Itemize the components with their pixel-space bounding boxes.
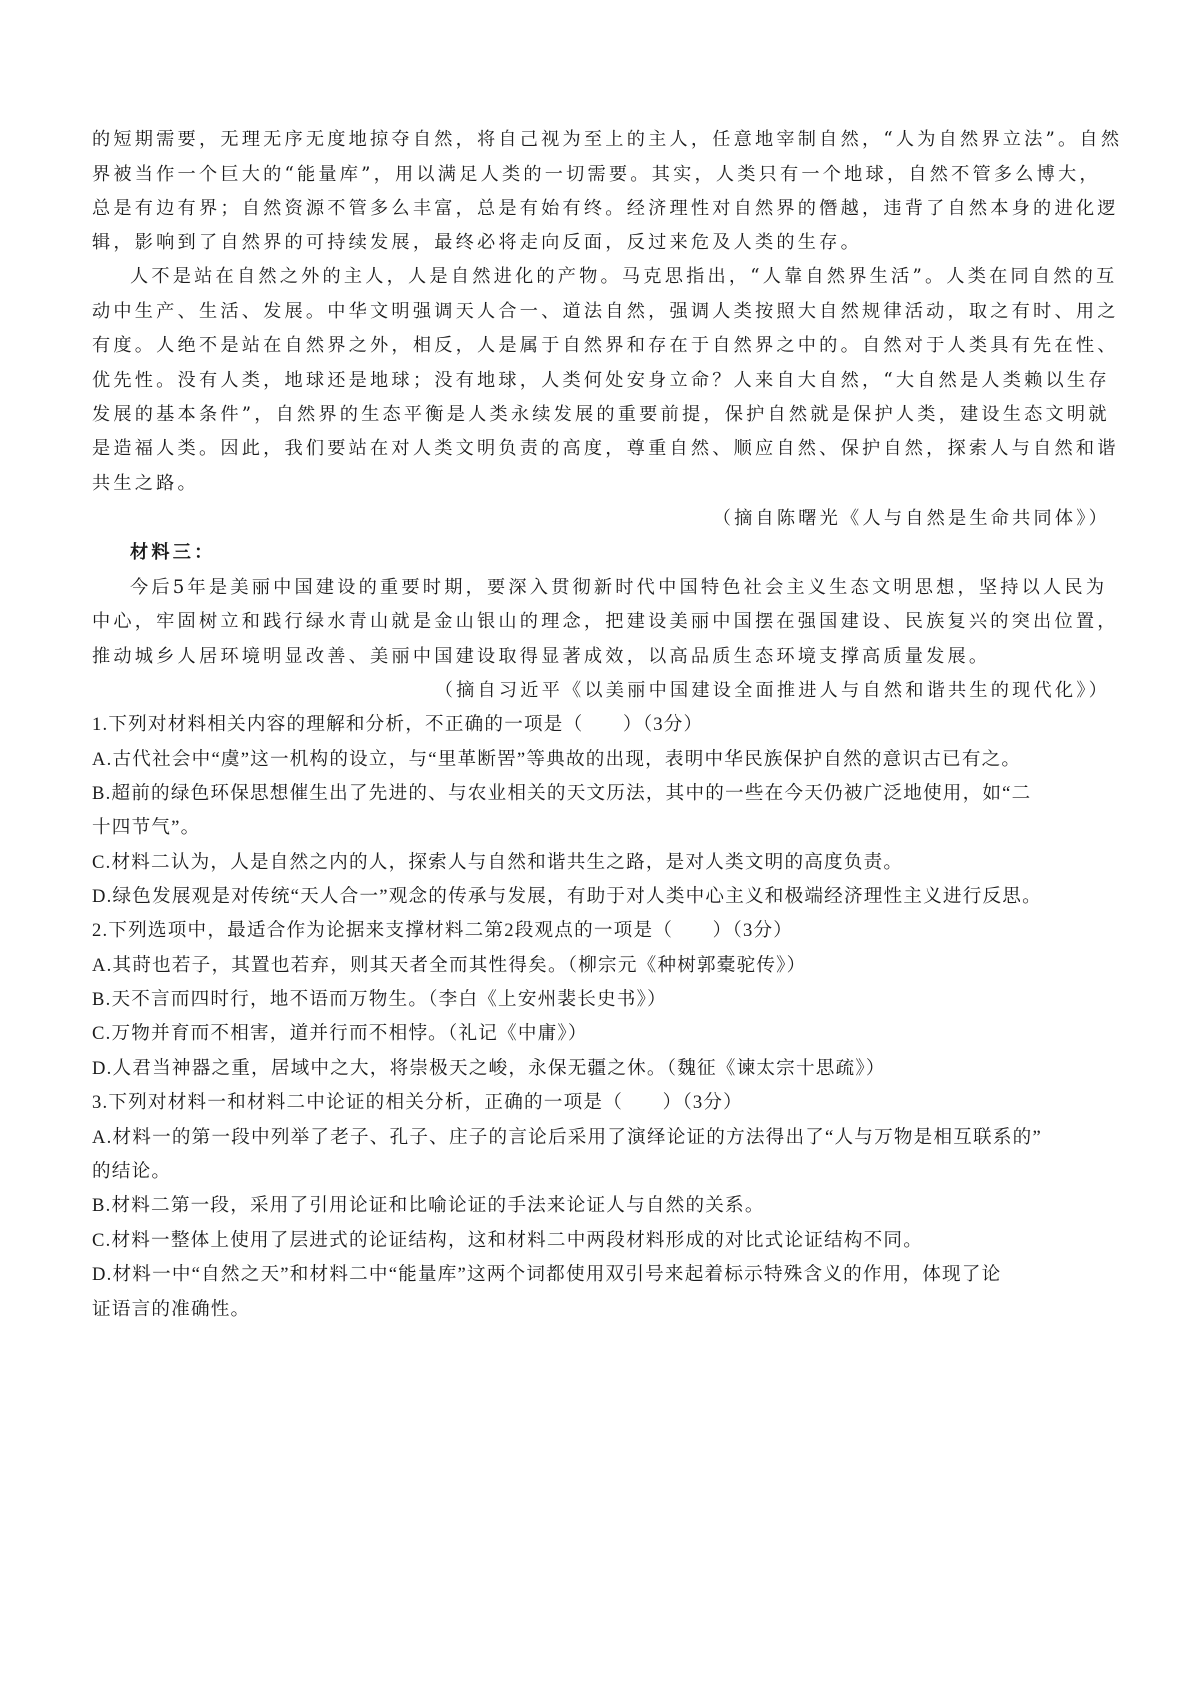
question-1-option-a: A.古代社会中“虞”这一机构的设立，与“里革断罟”等典故的出现，表明中华民族保护…	[92, 748, 1110, 772]
material-two-p2-line-4: 优先性。没有人类，地球还是地球；没有地球，人类何处安身立命？人来自大自然，“大自…	[92, 369, 1110, 393]
material-two-p2-line-6: 是造福人类。因此，我们要站在对人类文明负责的高度，尊重自然、顺应自然、保护自然，…	[92, 437, 1110, 461]
question-3-option-d-line-1: D.材料一中“自然之天”和材料二中“能量库”这两个词都使用双引号来起着标示特殊含…	[92, 1263, 1110, 1287]
question-2-option-c: C.万物并育而不相害，道并行而不相悖。（礼记《中庸》）	[92, 1022, 1110, 1046]
question-1-stem: 1.下列对材料相关内容的理解和分析，不正确的一项是（ ）（3分）	[92, 713, 1110, 737]
question-2-option-b: B.天不言而四时行，地不语而万物生。（李白《上安州裴长史书》）	[92, 988, 1110, 1012]
material-two-p2-line-1: 人不是站在自然之外的主人，人是自然进化的产物。马克思指出，“人靠自然界生活”。人…	[130, 265, 1110, 289]
question-2-option-a: A.其莳也若子，其置也若弃，则其天者全而其性得矣。（柳宗元《种树郭橐驼传》）	[92, 954, 1110, 978]
question-3-option-a-line-2: 的结论。	[92, 1160, 1110, 1184]
exam-page: 的短期需要，无理无序无度地掠夺自然，将自己视为至上的主人，任意地宰制自然，“人为…	[0, 0, 1200, 1698]
question-1-option-b-line-2: 十四节气”。	[92, 816, 1110, 840]
material-two-p2-line-7: 共生之路。	[92, 472, 1110, 496]
question-1-option-c: C.材料二认为，人是自然之内的人，探索人与自然和谐共生之路，是对人类文明的高度负…	[92, 851, 1110, 875]
material-three-line-3: 推动城乡人居环境明显改善、美丽中国建设取得显著成效，以高品质生态环境支撑高质量发…	[92, 645, 1110, 669]
material-three-source: （摘自习近平《以美丽中国建设全面推进人与自然和谐共生的现代化》）	[435, 679, 1110, 703]
question-3-option-c: C.材料一整体上使用了层进式的论证结构，这和材料二中两段材料形成的对比式论证结构…	[92, 1229, 1110, 1253]
material-two-p1-line-2: 界被当作一个巨大的“能量库”，用以满足人类的一切需要。其实，人类只有一个地球，自…	[92, 163, 1110, 187]
question-1-option-d: D.绿色发展观是对传统“天人合一”观念的传承与发展，有助于对人类中心主义和极端经…	[92, 885, 1110, 909]
question-3-option-d-line-2: 证语言的准确性。	[92, 1298, 1110, 1322]
material-two-p1-line-4: 辑，影响到了自然界的可持续发展，最终必将走向反面，反过来危及人类的生存。	[92, 231, 1110, 255]
question-1-option-b-line-1: B.超前的绿色环保思想催生出了先进的、与农业相关的天文历法，其中的一些在今天仍被…	[92, 782, 1110, 806]
question-3-option-a-line-1: A.材料一的第一段中列举了老子、孔子、庄子的言论后采用了演绎论证的方法得出了“人…	[92, 1126, 1110, 1150]
material-two-p1-line-3: 总是有边有界；自然资源不管多么丰富，总是有始有终。经济理性对自然界的僭越，违背了…	[92, 197, 1110, 221]
material-two-p2-line-3: 有度。人绝不是站在自然界之外，相反，人是属于自然界和存在于自然界之中的。自然对于…	[92, 334, 1110, 358]
material-three-heading: 材料三：	[130, 541, 1110, 565]
material-two-p2-line-2: 动中生产、生活、发展。中华文明强调天人合一、道法自然，强调人类按照大自然规律活动…	[92, 300, 1110, 324]
material-three-line-2: 中心，牢固树立和践行绿水青山就是金山银山的理念，把建设美丽中国摆在强国建设、民族…	[92, 610, 1110, 634]
question-3-option-b: B.材料二第一段，采用了引用论证和比喻论证的手法来论证人与自然的关系。	[92, 1194, 1110, 1218]
material-two-p1-line-1: 的短期需要，无理无序无度地掠夺自然，将自己视为至上的主人，任意地宰制自然，“人为…	[92, 128, 1110, 152]
question-3-stem: 3.下列对材料一和材料二中论证的相关分析，正确的一项是（ ）（3分）	[92, 1091, 1110, 1115]
question-2-option-d: D.人君当神器之重，居域中之大，将崇极天之峻，永保无疆之休。（魏征《谏太宗十思疏…	[92, 1057, 1110, 1081]
material-two-source: （摘自陈曙光《人与自然是生命共同体》）	[713, 507, 1110, 531]
material-two-p2-line-5: 发展的基本条件”，自然界的生态平衡是人类永续发展的重要前提，保护自然就是保护人类…	[92, 403, 1110, 427]
question-2-stem: 2.下列选项中，最适合作为论据来支撑材料二第2段观点的一项是（ ）（3分）	[92, 919, 1110, 943]
material-three-line-1: 今后5年是美丽中国建设的重要时期，要深入贯彻新时代中国特色社会主义生态文明思想，…	[130, 576, 1110, 600]
